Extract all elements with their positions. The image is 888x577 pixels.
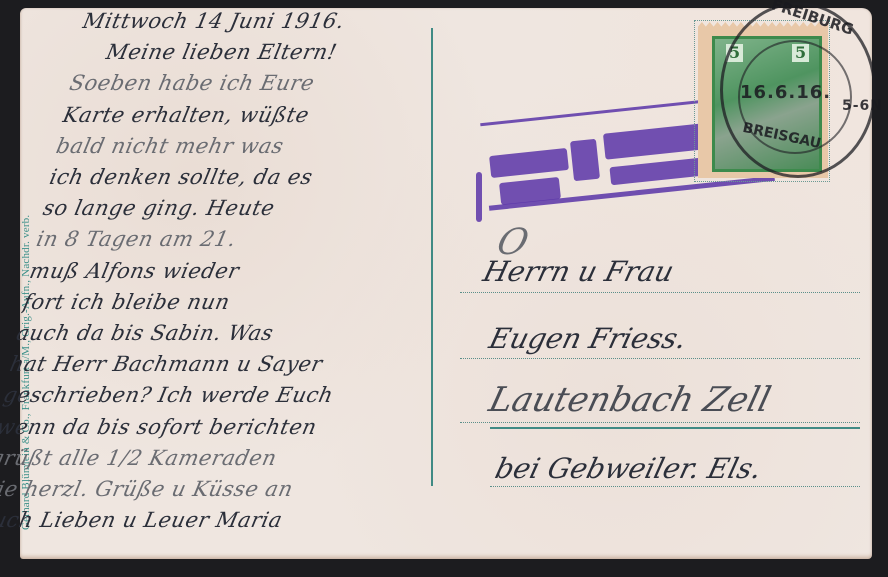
address-rule-2 xyxy=(460,358,860,359)
postmark-date: 16.6.16. xyxy=(740,82,831,103)
message-line: in 8 Tagen am 21. xyxy=(33,224,470,255)
censor-stamp-ink xyxy=(476,172,482,222)
address-rule-underline xyxy=(490,427,860,429)
message-line: fort ich bleibe nun xyxy=(20,287,457,318)
address-line-4: bei Gebweiler. Els. xyxy=(492,452,765,485)
message-line: bald nicht mehr was xyxy=(53,131,490,162)
message-line: ich denken sollte, da es xyxy=(47,162,484,193)
message-line: die herzl. Grüße u Küsse an xyxy=(0,474,417,505)
message-line: Meine lieben Eltern! xyxy=(73,37,510,68)
message-line: wenn da bis sofort berichten xyxy=(0,412,430,443)
message-line: so lange ging. Heute xyxy=(40,193,477,224)
censor-stamp-ink xyxy=(570,139,600,181)
address-rule-1 xyxy=(460,292,860,293)
message-line: muß Alfons wieder xyxy=(27,256,464,287)
postmark-time: 5-6N xyxy=(842,98,883,114)
address-rule-4 xyxy=(490,486,860,487)
address-line-3: Lautenbach Zell xyxy=(485,380,775,420)
address-rule-3 xyxy=(460,422,860,423)
message-line: Mittwoch 14 Juni 1916. xyxy=(80,6,517,37)
message-line: Euch Lieben u Leuer Maria xyxy=(0,505,410,536)
address-line-2: Eugen Friess. xyxy=(486,322,690,355)
message-line: auch da bis Sabin. Was xyxy=(13,318,450,349)
message-line: Soeben habe ich Eure xyxy=(66,68,503,99)
message-line: grüßt alle 1/2 Kameraden xyxy=(0,443,424,474)
message-line: Karte erhalten, wüßte xyxy=(60,100,497,131)
message-line: geschrieben? Ich werde Euch xyxy=(0,380,437,411)
message-line: hat Herr Bachmann u Sayer xyxy=(7,349,444,380)
address-line-1: Herrn u Frau xyxy=(480,255,677,288)
